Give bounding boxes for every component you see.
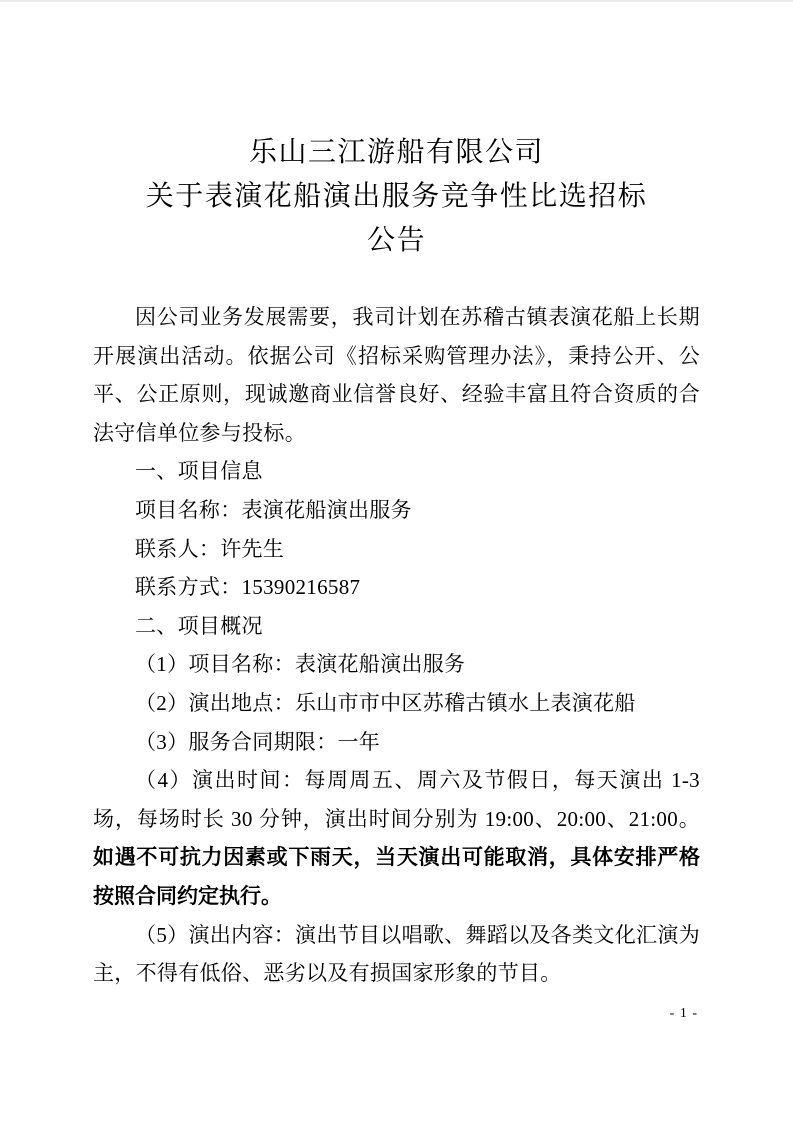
page-number: - 1 - xyxy=(670,1004,698,1024)
document-title-block: 乐山三江游船有限公司 关于表演花船演出服务竞争性比选招标 公告 xyxy=(93,131,700,263)
title-line-subject: 关于表演花船演出服务竞争性比选招标 xyxy=(93,175,700,219)
page-top-edge xyxy=(0,0,793,2)
document-page: 乐山三江游船有限公司 关于表演花船演出服务竞争性比选招标 公告 因公司业务发展需… xyxy=(0,0,793,1122)
section1-heading: 一、项目信息 xyxy=(93,452,700,491)
intro-paragraph: 因公司业务发展需要，我司计划在苏稽古镇表演花船上长期开展演出活动。依据公司《招标… xyxy=(93,298,700,452)
item-1: （1）项目名称：表演花船演出服务 xyxy=(93,645,700,684)
item-5: （5）演出内容：演出节目以唱歌、舞蹈以及各类文化汇演为主，不得有低俗、恶劣以及有… xyxy=(93,916,700,993)
title-line-announcement: 公告 xyxy=(93,219,700,263)
contact-phone-line: 联系方式：15390216587 xyxy=(93,568,700,607)
item-4: （4）演出时间：每周周五、周六及节假日，每天演出 1-3 场，每场时长 30 分… xyxy=(93,761,700,915)
item-4-normal-text: （4）演出时间：每周周五、周六及节假日，每天演出 1-3 场，每场时长 30 分… xyxy=(93,768,700,831)
item-4-bold-text: 如遇不可抗力因素或下雨天，当天演出可能取消，具体安排严格按照合同约定执行。 xyxy=(93,845,700,908)
project-name-line: 项目名称：表演花船演出服务 xyxy=(93,491,700,530)
contact-person-line: 联系人：许先生 xyxy=(93,530,700,569)
title-line-company: 乐山三江游船有限公司 xyxy=(93,131,700,175)
section2-heading: 二、项目概况 xyxy=(93,607,700,646)
item-3: （3）服务合同期限：一年 xyxy=(93,723,700,762)
document-body: 因公司业务发展需要，我司计划在苏稽古镇表演花船上长期开展演出活动。依据公司《招标… xyxy=(93,298,700,993)
item-2: （2）演出地点：乐山市市中区苏稽古镇水上表演花船 xyxy=(93,684,700,723)
